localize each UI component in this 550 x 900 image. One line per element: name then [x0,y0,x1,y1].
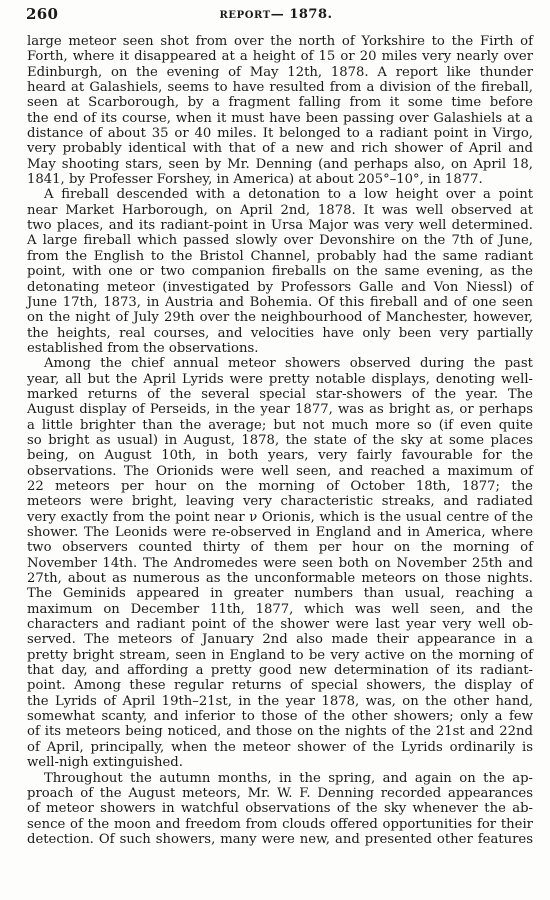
text-line: June 17th, 1873, in Austria and Bohemia.… [27,295,533,310]
text-line: of its meteors being noticed, and those … [27,724,533,739]
page-header: 260 REPORT— 1878. [26,4,526,24]
text-line: 27th, about as numerous as the unconform… [27,571,533,586]
text-line: of meteor showers in watchful observatio… [27,801,533,816]
text-line: proach of the August meteors, Mr. W. F. … [27,786,533,801]
text-line: marked returns of the several special st… [27,387,533,402]
text-line: two places, and its radiant-point in Urs… [27,218,533,233]
text-line: near Market Harborough, on April 2nd, 18… [27,203,533,218]
text-line: detonating meteor (investigated by Profe… [27,280,533,295]
text-line: heard at Galashiels, seems to have resul… [27,80,533,95]
text-line: so bright as usual) in August, 1878, the… [27,433,533,448]
text-line: well-nigh extinguished. [27,755,533,770]
running-head: REPORT— 1878. [26,7,526,22]
text-line: from the English to the Bristol Channel,… [27,249,533,264]
text-line: Among the chief annual meteor showers ob… [27,356,533,371]
text-line: November 14th. The Andromedes were seen … [27,556,533,571]
body-text: large meteor seen shot from over the nor… [27,34,533,847]
text-line: very exactly from the point near ν Orion… [27,510,533,525]
text-line: served. The meteors of January 2nd also … [27,632,533,647]
text-line: being, on August 10th, in both years, ve… [27,448,533,463]
text-line: May shooting stars, seen by Mr. Denning … [27,157,533,172]
text-line: observations. The Orionids were well see… [27,464,533,479]
text-line: point. Among these regular returns of sp… [27,678,533,693]
text-line: Throughout the autumn months, in the spr… [27,771,533,786]
text-line: shower. The Leonids were re-observed in … [27,525,533,540]
text-line: 1841, by Professer Forshey, in America) … [27,172,533,187]
text-line: the end of its course, when it must have… [27,111,533,126]
text-line: two observers counted thirty of them per… [27,540,533,555]
text-line: large meteor seen shot from over the nor… [27,34,533,49]
text-line: somewhat scanty, and inferior to those o… [27,709,533,724]
text-line: a little brighter than the average; but … [27,418,533,433]
text-line: characters and radiant point of the show… [27,617,533,632]
text-line: distance of about 35 or 40 miles. It bel… [27,126,533,141]
running-head-year: 1878. [289,7,332,22]
text-line: of April, principally, when the meteor s… [27,740,533,755]
running-head-title: REPORT [219,10,270,21]
running-head-separator: — [271,7,285,22]
text-line: very probably identical with that of a n… [27,141,533,156]
text-line: A large fireball which passed slowly ove… [27,233,533,248]
text-line: The Geminids appeared in greater numbers… [27,586,533,601]
text-line: A fireball descended with a detonation t… [27,187,533,202]
text-line: August display of Perseids, in the year … [27,402,533,417]
text-line: sence of the moon and freedom from cloud… [27,817,533,832]
text-line: on the night of July 29th over the neigh… [27,310,533,325]
text-line: 22 meteors per hour on the morning of Oc… [27,479,533,494]
text-line: the heights, real courses, and velocitie… [27,326,533,341]
text-line: maximum on December 11th, 1877, which wa… [27,602,533,617]
text-line: meteors were bright, leaving very charac… [27,494,533,509]
text-line: seen at Scarborough, by a fragment falli… [27,95,533,110]
text-line: that day, and affording a pretty good ne… [27,663,533,678]
text-line: established from the observations. [27,341,533,356]
text-line: year, all but the April Lyrids were pret… [27,372,533,387]
text-line: point, with one or two companion firebal… [27,264,533,279]
text-line: Edinburgh, on the evening of May 12th, 1… [27,65,533,80]
text-line: detection. Of such showers, many were ne… [27,832,533,847]
text-line: Forth, where it disappeared at a height … [27,49,533,64]
text-line: the Lyrids of April 19th–21st, in the ye… [27,694,533,709]
text-line: pretty bright stream, seen in England to… [27,648,533,663]
